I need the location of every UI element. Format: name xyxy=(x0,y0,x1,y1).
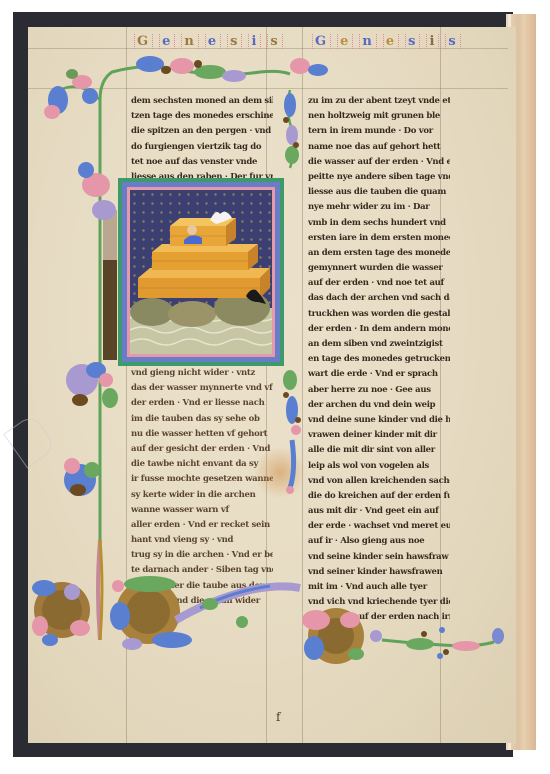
bottom-foliage-icon xyxy=(32,540,504,664)
folio-mark: f xyxy=(276,710,280,724)
center-vine-icon xyxy=(283,90,301,494)
left-vine-icon xyxy=(64,100,118,560)
acanthus-border xyxy=(0,0,550,774)
